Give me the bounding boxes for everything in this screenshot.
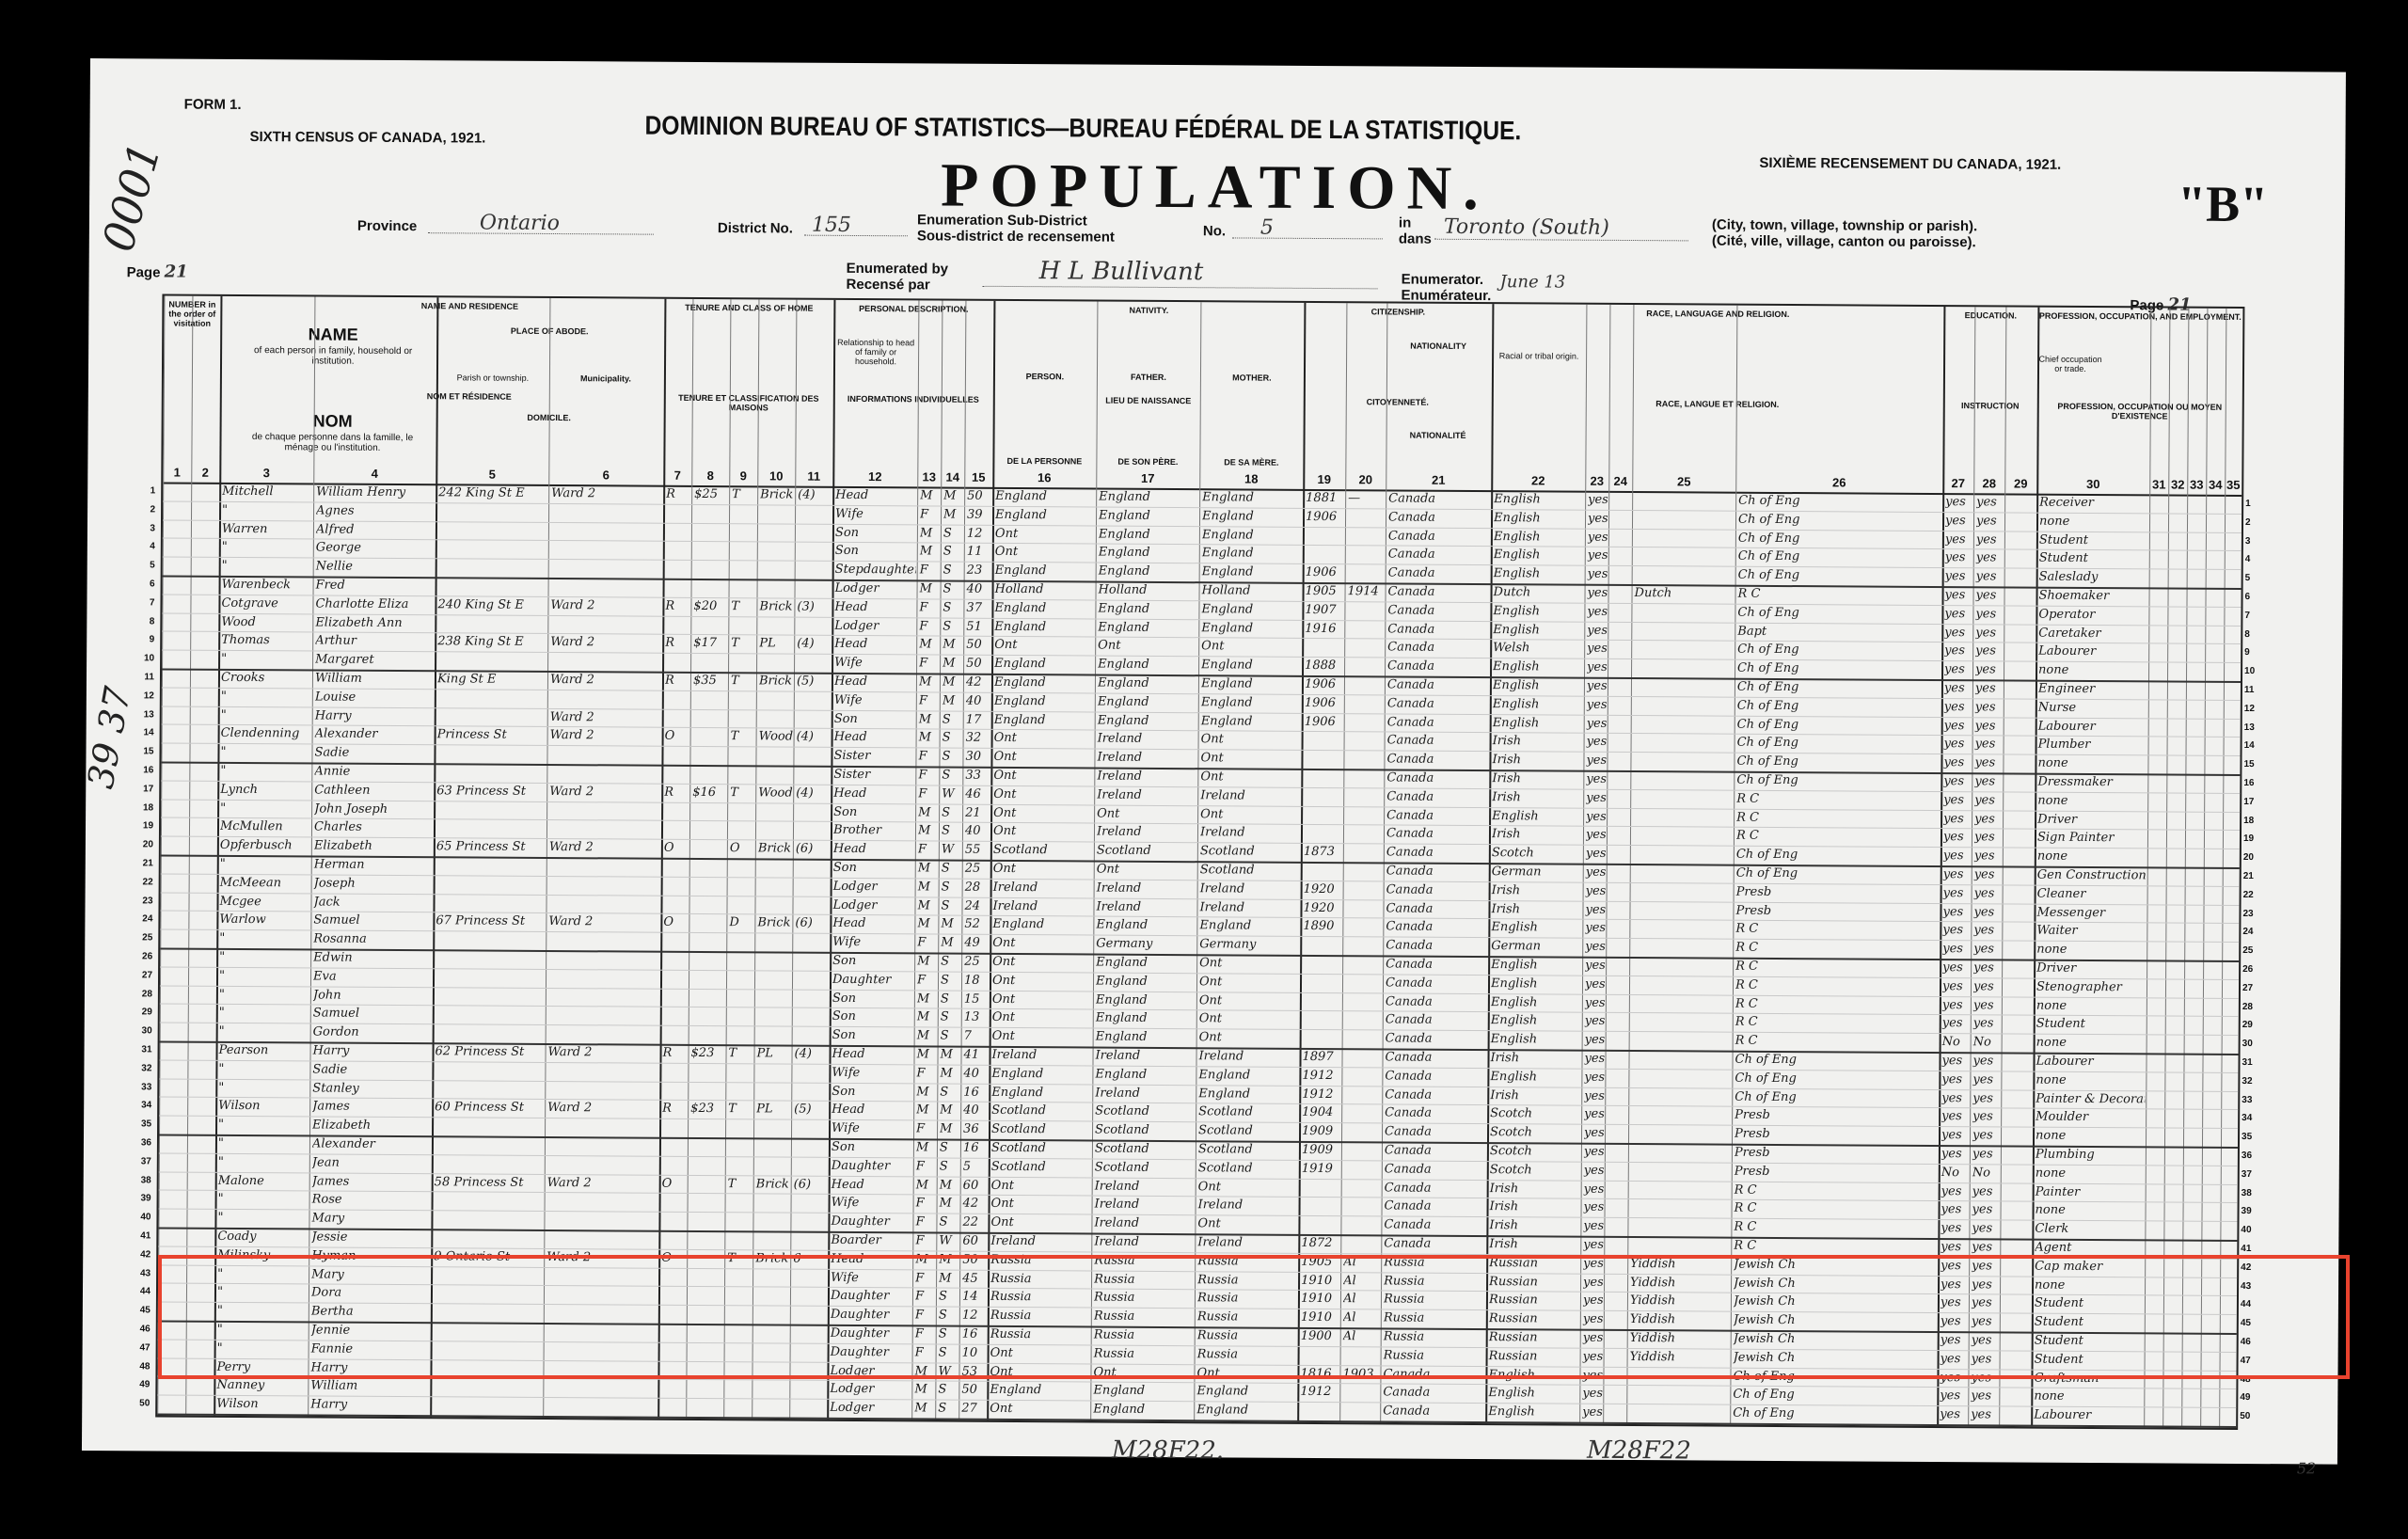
line-number: 18 bbox=[2243, 816, 2264, 826]
cell-bpm: Ont bbox=[1199, 1028, 1299, 1047]
cell-read: yes bbox=[1944, 717, 1972, 736]
cell-read: yes bbox=[1942, 1014, 1970, 1033]
cell-read: yes bbox=[1944, 698, 1972, 717]
cell-marital: S bbox=[942, 878, 961, 896]
cell-bpf: England bbox=[1098, 674, 1197, 693]
cell-write: yes bbox=[1972, 1126, 2000, 1145]
column-number: 7 bbox=[663, 468, 691, 483]
cell-bpf: England bbox=[1099, 506, 1198, 525]
cell-bpm: England bbox=[1202, 488, 1302, 507]
cell-abode: 238 King St E bbox=[437, 633, 547, 653]
cell-sex: M bbox=[918, 822, 938, 841]
cell-rel: Son bbox=[832, 1138, 912, 1157]
cell-marital: S bbox=[940, 1157, 959, 1176]
cell-bpf: England bbox=[1093, 1401, 1193, 1420]
cell-bpm: Ont bbox=[1199, 992, 1299, 1010]
cell-read: yes bbox=[1942, 977, 1970, 996]
line-number: 9 bbox=[2244, 647, 2265, 658]
cell-rel: Head bbox=[833, 785, 914, 803]
line-number: 32 bbox=[2242, 1076, 2262, 1087]
cell-cls: T bbox=[728, 1044, 752, 1063]
cell-surname: Wilson bbox=[216, 1395, 307, 1414]
cell-rel: Brother bbox=[833, 821, 914, 840]
cell-eng: yes bbox=[1586, 789, 1606, 808]
cell-surname: Wood bbox=[221, 612, 311, 631]
cell-race: English bbox=[1490, 1068, 1580, 1087]
cell-surname: " bbox=[221, 650, 311, 669]
cell-bpf: England bbox=[1096, 1009, 1196, 1028]
cell-given: Harry bbox=[312, 1041, 431, 1061]
cell-read: yes bbox=[1941, 1200, 1968, 1219]
cell-ward: Ward 2 bbox=[549, 838, 660, 858]
cell-eng: yes bbox=[1584, 1162, 1604, 1181]
cell-eng: yes bbox=[1587, 714, 1607, 733]
line-number: 37 bbox=[131, 1156, 151, 1166]
column-number: 27 bbox=[1944, 476, 1972, 490]
cell-mat: PL bbox=[756, 1044, 790, 1063]
line-number: 40 bbox=[2241, 1225, 2261, 1235]
subdistrict-no-label: No. bbox=[1203, 223, 1226, 239]
cell-bpf: Ireland bbox=[1095, 1084, 1195, 1103]
cell-rel-body: Ch of Eng bbox=[1736, 846, 1940, 865]
cell-occ: none bbox=[2037, 754, 2147, 774]
cell-read: yes bbox=[1941, 1107, 1969, 1126]
cell-natl: Canada bbox=[1386, 974, 1487, 992]
cell-write: yes bbox=[1974, 754, 2002, 772]
line-number: 18 bbox=[133, 802, 153, 813]
col-name-desc-en: of each person in family, household or i… bbox=[248, 345, 418, 367]
cell-rent: $23 bbox=[690, 1100, 724, 1119]
cell-marital: M bbox=[943, 487, 963, 506]
cell-imm: 1909 bbox=[1302, 1122, 1340, 1141]
cell-imm: 1906 bbox=[1305, 712, 1343, 731]
col-person: PERSON. bbox=[993, 372, 1097, 382]
cell-write: yes bbox=[1973, 903, 2001, 922]
cell-sex: F bbox=[918, 748, 938, 767]
line-number: 17 bbox=[133, 784, 153, 794]
column-number: 14 bbox=[939, 470, 967, 484]
cell-ward: Ward 2 bbox=[547, 1174, 658, 1194]
cell-sex: M bbox=[920, 579, 940, 598]
cell-ward: Ward 2 bbox=[547, 1043, 658, 1063]
col-municipality: Municipality. bbox=[549, 373, 662, 384]
page-label: Page 21 bbox=[127, 263, 188, 280]
cell-natl: Canada bbox=[1385, 1160, 1486, 1179]
cell-rel-body: R C bbox=[1734, 1218, 1937, 1238]
col-name-desc-fr: de chaque personne dans la famille, le m… bbox=[247, 432, 417, 453]
cell-race: English bbox=[1493, 658, 1583, 676]
cell-natl: Canada bbox=[1385, 1123, 1486, 1142]
cell-marital: S bbox=[943, 543, 963, 562]
cell-age: 15 bbox=[964, 990, 989, 1008]
cell-occ: Driver bbox=[2037, 810, 2147, 830]
cell-sex: F bbox=[920, 562, 940, 580]
cell-cls: T bbox=[731, 672, 755, 690]
line-number: 27 bbox=[2242, 983, 2263, 993]
cell-natl: Canada bbox=[1387, 601, 1489, 620]
cell-surname: Mitchell bbox=[222, 483, 312, 501]
cell-eng: yes bbox=[1585, 993, 1605, 1012]
cell-read: yes bbox=[1944, 679, 1972, 698]
cell-race: English bbox=[1491, 975, 1581, 993]
cell-occ: none bbox=[2034, 1388, 2143, 1407]
cell-race: Irish bbox=[1490, 1087, 1580, 1105]
cell-write: yes bbox=[1976, 512, 2004, 531]
line-number: 36 bbox=[2242, 1150, 2262, 1161]
cell-natl: Canada bbox=[1386, 937, 1487, 956]
cell-imm: 1912 bbox=[1302, 1067, 1340, 1086]
cell-bpf: Scotland bbox=[1097, 842, 1196, 861]
line-number: 14 bbox=[2244, 740, 2265, 751]
column-number: 12 bbox=[861, 469, 889, 484]
line-number: 13 bbox=[134, 709, 154, 720]
cell-marital: S bbox=[940, 1083, 959, 1102]
cell-bpf: Ireland bbox=[1097, 749, 1196, 768]
cell-race: Scotch bbox=[1492, 844, 1582, 863]
section-citizenship: CITIZENSHIP. bbox=[1304, 307, 1492, 317]
cell-write: yes bbox=[1974, 810, 2002, 829]
cell-rent: $35 bbox=[693, 672, 727, 690]
bottom-stamp-right: M28F22 bbox=[1587, 1436, 1691, 1466]
cell-abode: 65 Princess St bbox=[436, 837, 546, 857]
cell-given: Sadie bbox=[312, 1060, 431, 1080]
cell-eng: yes bbox=[1582, 1385, 1602, 1404]
cell-read: yes bbox=[1943, 791, 1971, 810]
cell-bpm: England bbox=[1202, 545, 1302, 563]
cell-bp: Ont bbox=[993, 860, 1093, 879]
line-number: 34 bbox=[131, 1101, 151, 1111]
cell-rel-body: R C bbox=[1735, 1013, 1939, 1033]
cell-marital: S bbox=[940, 1139, 959, 1158]
cell-mat: Wood bbox=[759, 728, 793, 747]
cell-age: 42 bbox=[963, 1195, 988, 1214]
cell-occ: Shoemaker bbox=[2038, 587, 2147, 607]
cell-given: John bbox=[313, 986, 432, 1006]
cell-given: Agnes bbox=[316, 501, 435, 521]
column-number: 15 bbox=[964, 470, 992, 484]
cell-bpm: Scotland bbox=[1198, 1140, 1298, 1159]
cell-occ: Labourer bbox=[2036, 1053, 2145, 1072]
line-number: 27 bbox=[132, 970, 152, 980]
line-number: 2 bbox=[2245, 517, 2266, 528]
in-label-en: in bbox=[1399, 215, 1411, 231]
cell-abode: King St E bbox=[437, 670, 547, 690]
cell-write: No bbox=[1972, 1164, 2000, 1182]
cell-surname: Opferbusch bbox=[220, 836, 310, 855]
cell-rel: Head bbox=[834, 673, 915, 691]
cell-given: Margaret bbox=[315, 651, 434, 671]
cell-bpm: England bbox=[1202, 526, 1302, 545]
cell-bpf: England bbox=[1096, 954, 1196, 973]
cell-bp: Ont bbox=[993, 767, 1093, 785]
cell-bpm: England bbox=[1201, 600, 1301, 619]
section-profession-fr: PROFESSION, OCCUPATION OU MOYEN D'EXISTE… bbox=[2037, 402, 2242, 421]
line-number: 45 bbox=[130, 1305, 150, 1315]
column-number: 3 bbox=[252, 466, 280, 480]
cell-race: German bbox=[1492, 863, 1582, 881]
col-occupation: Chief occupation or trade. bbox=[2037, 355, 2103, 373]
place-hint-en: (City, town, village, township or parish… bbox=[1712, 217, 1977, 235]
cell-sex: F bbox=[916, 1120, 936, 1139]
cell-bpm: England bbox=[1198, 1066, 1298, 1085]
cell-rel: Daughter bbox=[832, 971, 913, 990]
cell-natl: Canada bbox=[1385, 1141, 1486, 1160]
cell-given: Fred bbox=[316, 576, 435, 595]
cell-sex: M bbox=[917, 896, 937, 915]
cell-read: yes bbox=[1941, 1219, 1968, 1238]
cell-occ: Student bbox=[2036, 1015, 2146, 1035]
cell-surname: Wilson bbox=[218, 1097, 309, 1116]
cell-rooms: (5) bbox=[797, 673, 831, 691]
cell-read: yes bbox=[1944, 605, 1972, 624]
cell-surname: " bbox=[218, 1060, 309, 1079]
cell-age: 16 bbox=[963, 1083, 988, 1102]
cell-eng: yes bbox=[1584, 1050, 1604, 1069]
cell-abode: 242 King St E bbox=[438, 484, 547, 503]
cell-abode: 240 King St E bbox=[437, 595, 547, 615]
cell-eng: yes bbox=[1587, 621, 1607, 640]
cell-marital: M bbox=[941, 934, 960, 953]
cell-bpm: England bbox=[1196, 1383, 1296, 1402]
cell-occ: Student bbox=[2039, 531, 2148, 550]
cell-read: yes bbox=[1941, 1145, 1969, 1164]
cell-natl: Canada bbox=[1385, 1048, 1486, 1067]
cell-read: yes bbox=[1944, 642, 1972, 660]
cell-sex: M bbox=[920, 543, 940, 562]
cell-sex: M bbox=[919, 673, 939, 691]
cell-bpf: Ont bbox=[1098, 637, 1197, 656]
enumerated-by-en: Enumerated by bbox=[847, 261, 948, 278]
cell-sex: M bbox=[917, 1027, 937, 1046]
cell-sex: F bbox=[915, 1214, 935, 1232]
section-personal: PERSONAL DESCRIPTION. bbox=[833, 304, 993, 314]
cell-mat: Brick PL bbox=[757, 914, 791, 933]
cell-rel: Son bbox=[835, 542, 916, 561]
cell-bp: Scotland bbox=[991, 1158, 1091, 1177]
cell-race: Irish bbox=[1491, 900, 1581, 919]
cell-rel: Son bbox=[834, 709, 915, 728]
cell-own: R bbox=[665, 672, 689, 690]
cell-natl: Canada bbox=[1388, 546, 1490, 564]
cell-bp: Ont bbox=[993, 822, 1093, 841]
bottom-stamp-left: M28F22. bbox=[1112, 1436, 1224, 1466]
enumerated-by-fr: Recensé par bbox=[846, 277, 929, 294]
cell-rel-body: Bapt bbox=[1737, 622, 1941, 642]
cell-race: English bbox=[1491, 1030, 1581, 1049]
cell-rel: Head bbox=[832, 914, 913, 933]
line-number: 49 bbox=[129, 1380, 150, 1390]
cell-eng: yes bbox=[1585, 900, 1605, 919]
cell-bp: Scotland bbox=[993, 841, 1093, 860]
cell-own: R bbox=[665, 597, 689, 616]
cell-occ: none bbox=[2036, 1127, 2145, 1147]
cell-bpm: Ireland bbox=[1200, 880, 1300, 898]
cell-eng: yes bbox=[1587, 733, 1607, 752]
cell-imm: 1919 bbox=[1302, 1160, 1340, 1179]
cell-abode: 60 Princess St bbox=[435, 1099, 544, 1119]
line-number: 39 bbox=[2242, 1206, 2262, 1216]
cell-imm: 1907 bbox=[1305, 601, 1343, 620]
cell-cls: T bbox=[728, 1175, 752, 1194]
cell-natl: Canada bbox=[1386, 918, 1487, 937]
cell-rel-body: Presb bbox=[1735, 1125, 1938, 1145]
cell-rel-body: Ch of Eng bbox=[1738, 547, 1941, 567]
line-number: 15 bbox=[133, 746, 153, 756]
line-number: 14 bbox=[134, 728, 154, 738]
in-label-fr: dans bbox=[1399, 230, 1432, 246]
cell-eng: yes bbox=[1588, 491, 1608, 510]
cell-ward: Ward 2 bbox=[550, 726, 661, 746]
cell-bpf: England bbox=[1096, 991, 1196, 1009]
cell-rel: Head bbox=[832, 1175, 912, 1194]
cell-surname: Coady bbox=[217, 1228, 308, 1246]
cell-read: yes bbox=[1945, 531, 1972, 549]
cell-natl: Canada bbox=[1387, 675, 1489, 694]
cell-mat: PL bbox=[756, 1101, 790, 1119]
cell-race: Irish bbox=[1489, 1216, 1579, 1235]
cell-rel-body: R C bbox=[1735, 994, 1939, 1014]
cell-bp: Ireland bbox=[993, 879, 1093, 897]
cell-read: yes bbox=[1942, 996, 1970, 1015]
cell-sex: M bbox=[920, 524, 940, 543]
cell-rent: $17 bbox=[693, 634, 727, 653]
cell-surname: Lynch bbox=[220, 781, 310, 800]
cell-sex: M bbox=[916, 1176, 936, 1195]
cell-ward: Ward 2 bbox=[550, 596, 661, 616]
cell-rel-body: R C bbox=[1735, 1199, 1938, 1219]
cell-mat: PL bbox=[759, 635, 793, 654]
line-number: 10 bbox=[2244, 666, 2265, 676]
cell-write: yes bbox=[1972, 1108, 2000, 1127]
cell-rel: Head bbox=[834, 635, 915, 654]
line-number: 41 bbox=[130, 1230, 150, 1241]
cell-marital: M bbox=[940, 1064, 959, 1083]
column-number: 6 bbox=[592, 468, 620, 482]
cell-mat: Brick PL bbox=[760, 485, 794, 504]
cell-rel-body: Ch of Eng bbox=[1738, 511, 1941, 531]
line-number: 37 bbox=[2242, 1169, 2262, 1180]
cell-surname: " bbox=[218, 1078, 309, 1097]
cell-mat: Brick PL bbox=[756, 1175, 790, 1194]
cell-marital: S bbox=[943, 729, 962, 748]
cell-bpm: Scotland bbox=[1198, 1121, 1298, 1140]
cell-sex: F bbox=[919, 598, 939, 617]
cell-rel: Stepdaughter bbox=[835, 561, 916, 579]
cell-read: yes bbox=[1941, 1071, 1969, 1089]
cell-natl: Canada bbox=[1384, 1234, 1485, 1253]
cell-rel: Head bbox=[832, 1045, 912, 1064]
line-number: 16 bbox=[133, 765, 153, 775]
cell-rel-body: Ch of Eng bbox=[1733, 1386, 1936, 1405]
line-number: 50 bbox=[129, 1398, 150, 1408]
cell-bpf: Ireland bbox=[1096, 897, 1196, 916]
cell-age: 11 bbox=[967, 543, 991, 562]
cell-cls: D bbox=[729, 914, 753, 933]
cell-bpf: England bbox=[1096, 972, 1196, 991]
line-number: 46 bbox=[130, 1324, 150, 1334]
cell-bpf: England bbox=[1096, 916, 1196, 935]
cell-bpf: England bbox=[1093, 1382, 1193, 1401]
cell-rooms: (6) bbox=[795, 914, 829, 933]
cell-age: 40 bbox=[967, 580, 991, 599]
cell-own: O bbox=[665, 727, 689, 746]
cell-write: yes bbox=[1973, 977, 2001, 996]
cell-bpf: England bbox=[1098, 656, 1197, 674]
cell-own: R bbox=[662, 1100, 687, 1119]
cell-bp: Holland bbox=[995, 580, 1095, 599]
cell-surname: " bbox=[218, 1190, 309, 1209]
cell-race: Irish bbox=[1489, 1235, 1579, 1254]
cell-ward: Ward 2 bbox=[550, 708, 661, 728]
cell-own: O bbox=[663, 913, 688, 932]
cell-marital: S bbox=[938, 1400, 958, 1419]
cell-given: Mary bbox=[311, 1210, 430, 1230]
cell-marital: S bbox=[942, 748, 961, 767]
cell-marital: S bbox=[939, 1214, 958, 1232]
cell-eng: yes bbox=[1584, 1180, 1604, 1198]
cell-age: 52 bbox=[964, 915, 989, 934]
cell-abode: 62 Princess St bbox=[435, 1042, 544, 1062]
line-number: 38 bbox=[131, 1175, 151, 1185]
cell-natl: Canada bbox=[1386, 862, 1488, 881]
cell-write: yes bbox=[1974, 772, 2002, 791]
cell-bp: Ont bbox=[993, 803, 1093, 822]
section-nativity-fr: LIEU DE NAISSANCE bbox=[993, 395, 1304, 406]
cell-bpf: Ireland bbox=[1095, 1047, 1195, 1066]
cell-bpf: England bbox=[1098, 692, 1197, 711]
cell-bpf: England bbox=[1099, 563, 1198, 581]
line-number: 22 bbox=[2243, 890, 2264, 900]
cell-marital: S bbox=[938, 1381, 958, 1400]
cell-read: yes bbox=[1943, 754, 1971, 772]
cell-abode: 67 Princess St bbox=[436, 912, 545, 932]
cell-own: R bbox=[666, 485, 690, 504]
cell-occ: Cleaner bbox=[2037, 884, 2147, 904]
census-sheet: FORM 1. SIXTH CENSUS OF CANADA, 1921. DO… bbox=[82, 58, 2346, 1465]
cell-rel: Boarder bbox=[831, 1231, 911, 1250]
line-number: 28 bbox=[2242, 1002, 2263, 1012]
cell-given: Harry bbox=[315, 706, 434, 726]
line-number: 35 bbox=[2242, 1132, 2262, 1142]
cell-bpf: Ireland bbox=[1097, 823, 1196, 842]
cell-bpm: Ont bbox=[1200, 768, 1300, 786]
cell-race: Irish bbox=[1492, 751, 1582, 769]
cell-bp: England bbox=[994, 674, 1094, 692]
cell-eng: yes bbox=[1585, 919, 1605, 938]
line-number: 32 bbox=[131, 1063, 151, 1073]
cell-bpm: Ont bbox=[1201, 731, 1301, 750]
line-number: 24 bbox=[132, 914, 152, 925]
cell-bp: Ont bbox=[992, 1008, 1092, 1027]
cell-mat: Brick bbox=[759, 672, 793, 690]
line-number: 1 bbox=[135, 485, 155, 496]
cell-rent: $23 bbox=[690, 1044, 724, 1063]
cell-race: Scotch bbox=[1490, 1123, 1580, 1142]
cell-bpm: Ireland bbox=[1198, 1197, 1298, 1215]
cell-occ: none bbox=[2038, 661, 2147, 681]
cell-given: Rosanna bbox=[313, 930, 432, 950]
cell-age: 7 bbox=[964, 1027, 989, 1046]
cell-surname: " bbox=[218, 1116, 309, 1134]
cell-occ: Driver bbox=[2036, 960, 2146, 979]
cell-race: English bbox=[1488, 1403, 1578, 1421]
section-name-residence: NAME AND RESIDENCE bbox=[220, 300, 719, 312]
cell-marital: M bbox=[940, 1120, 959, 1139]
census-title-fr: SIXIÈME RECENSEMENT DU CANADA, 1921. bbox=[1759, 155, 2061, 173]
cell-given: Eva bbox=[313, 967, 432, 987]
cell-rel-body: Ch of Eng bbox=[1737, 715, 1941, 735]
cell-rel-body: Ch of Eng bbox=[1733, 1404, 1936, 1424]
